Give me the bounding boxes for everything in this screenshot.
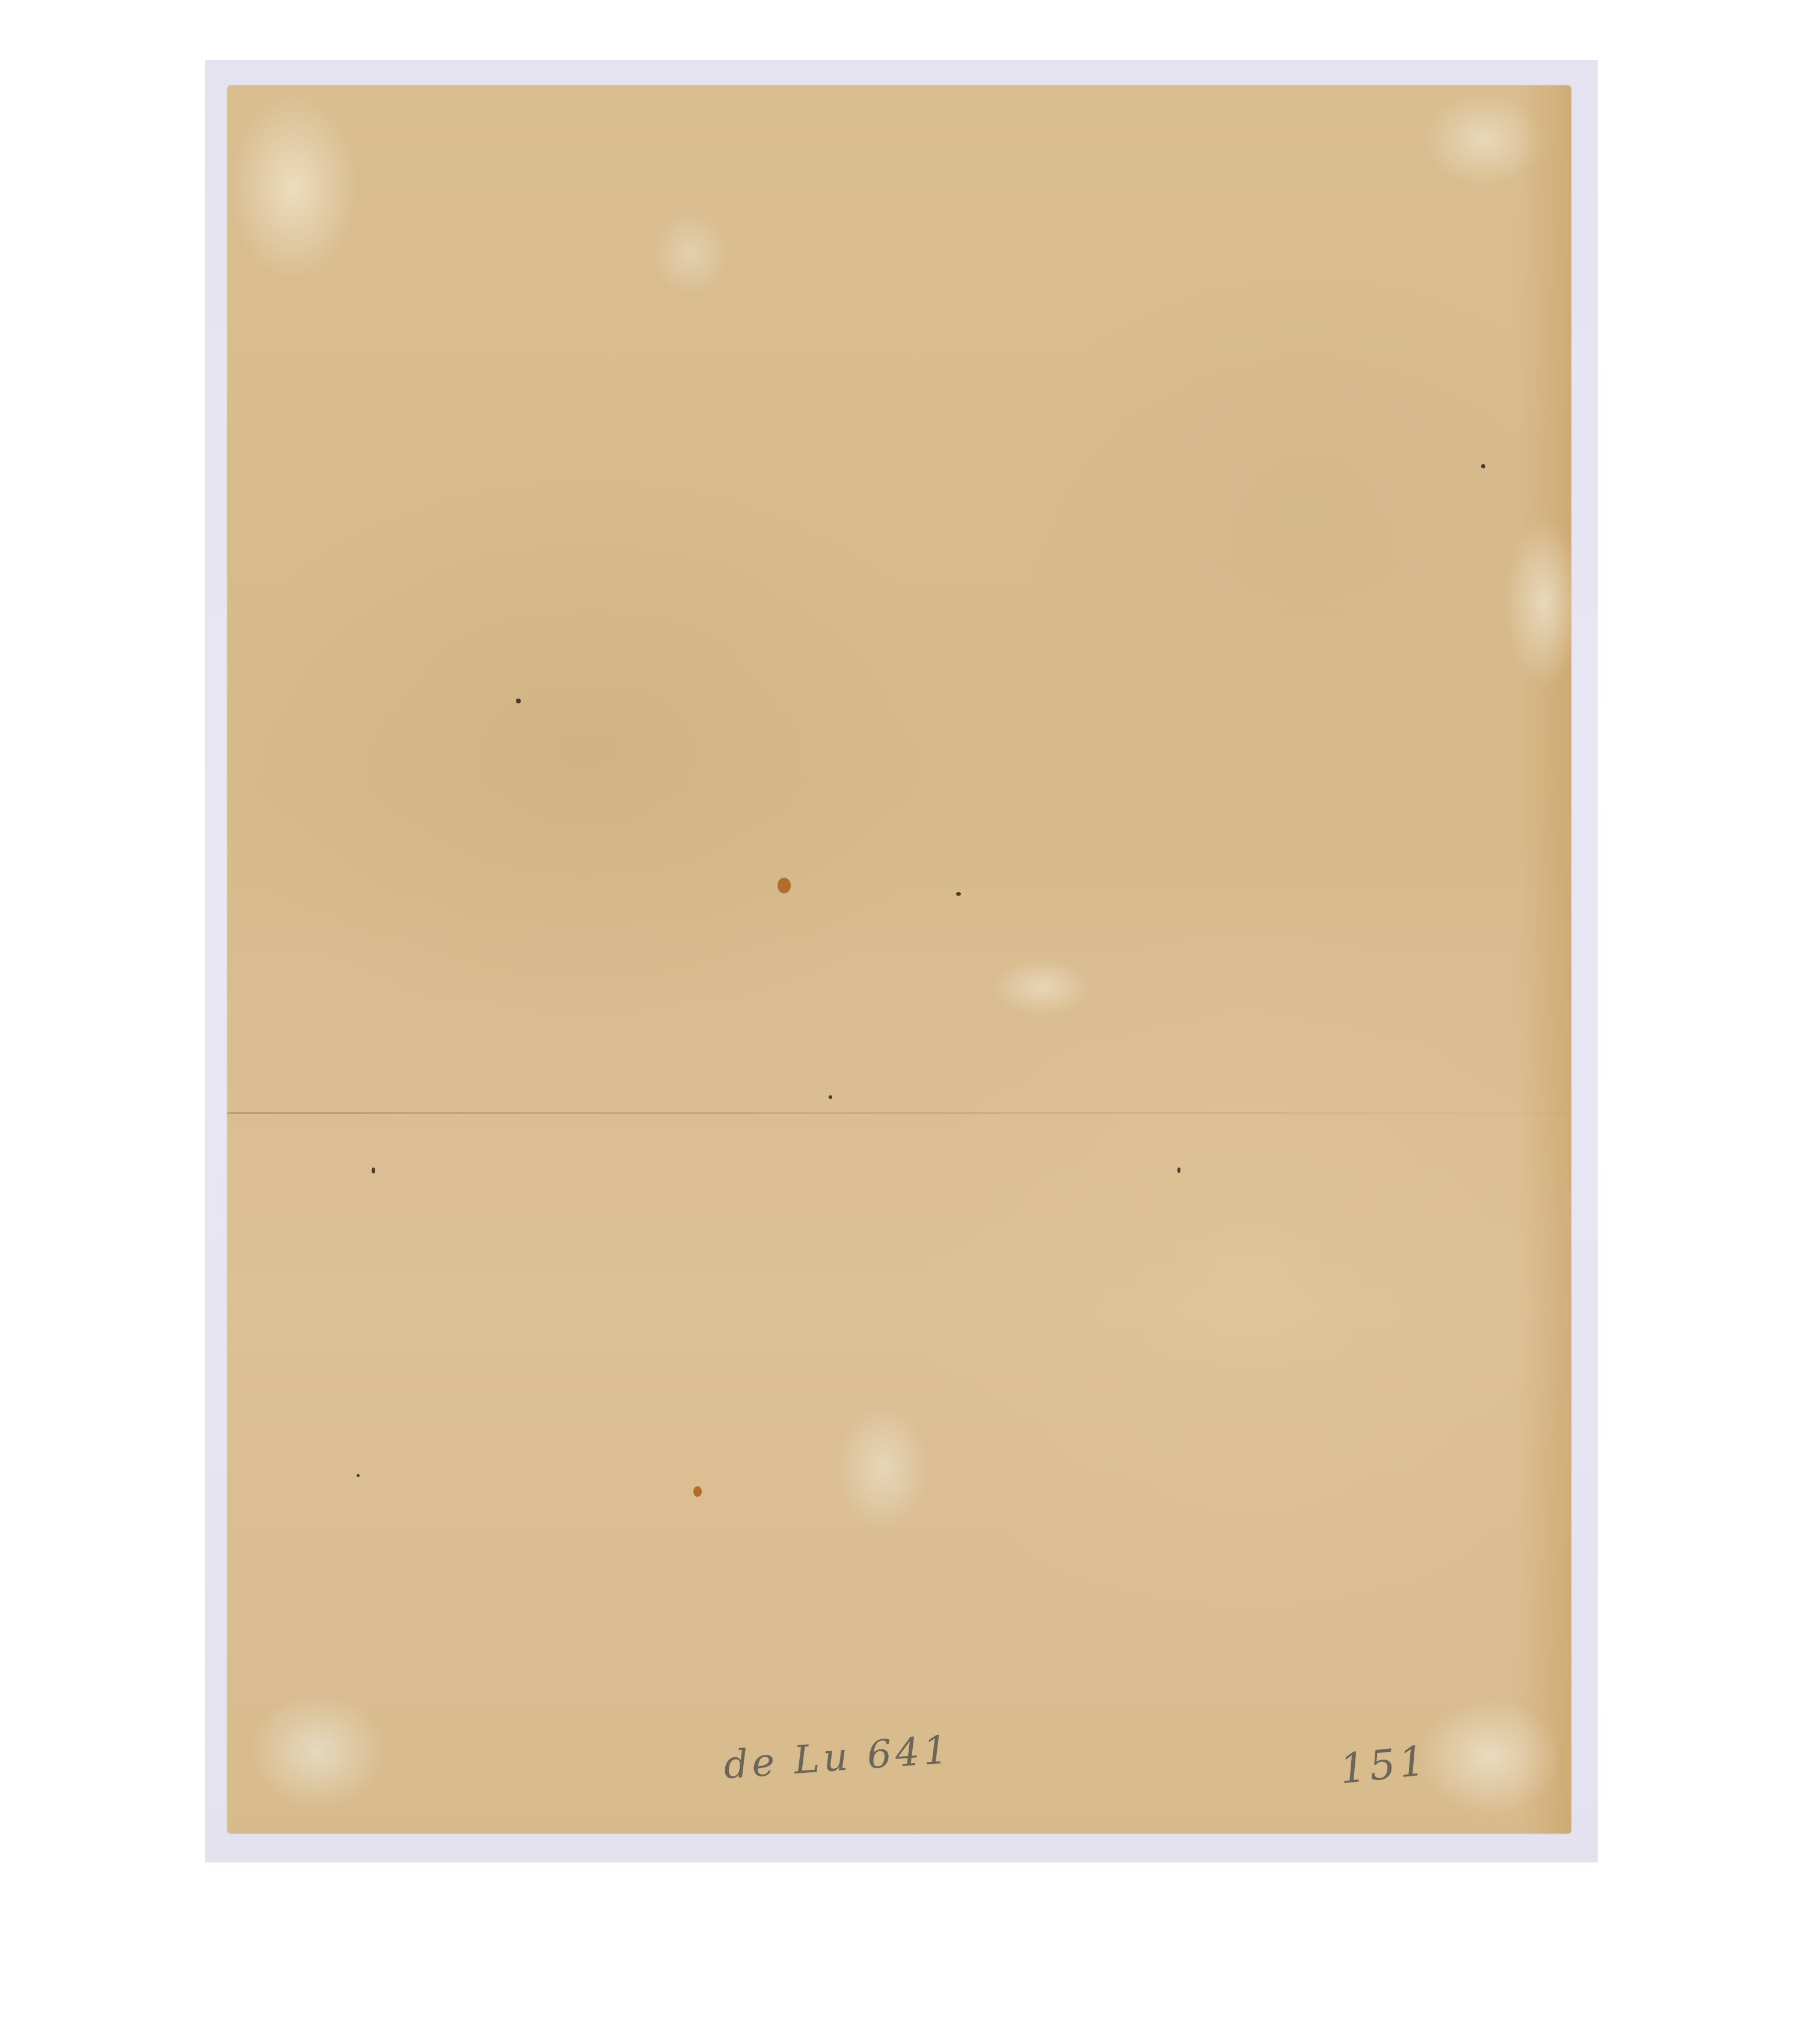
foxing-spot: [778, 878, 791, 893]
horizontal-fold-line: [227, 1112, 1571, 1114]
handwritten-inscription-collection-number: de Lu 641: [722, 1728, 953, 1788]
paper-speck: [829, 1095, 832, 1099]
paper-speck: [357, 1474, 360, 1477]
paper-speck: [1481, 464, 1485, 468]
paper-speck: [956, 892, 961, 896]
handwritten-inscription-number: 151: [1337, 1737, 1431, 1793]
paper-speck: [516, 699, 521, 703]
paper-sheet: de Lu 641 151: [227, 85, 1571, 1834]
foxing-spot: [693, 1486, 702, 1497]
paper-speck: [372, 1167, 375, 1173]
paper-speck: [1177, 1167, 1180, 1173]
